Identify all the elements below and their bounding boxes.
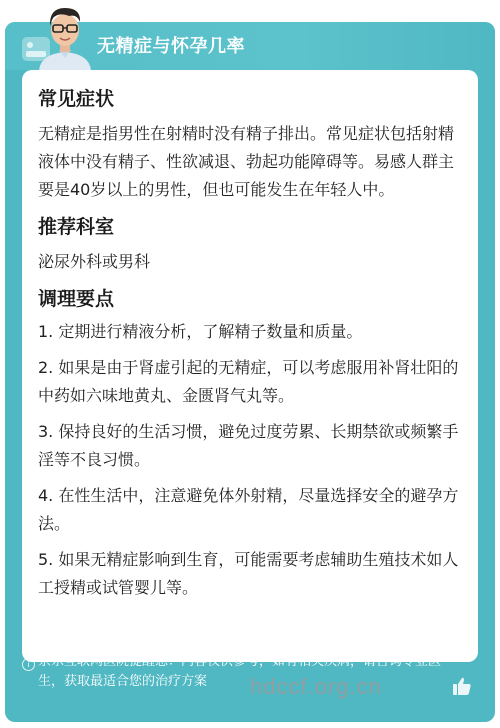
info-icon: i [22, 658, 35, 671]
care-tip-item: 1. 定期进行精液分析，了解精子数量和质量。 [38, 318, 462, 346]
section-heading-department: 推荐科室 [38, 212, 462, 242]
care-tip-item: 3. 保持良好的生活习惯，避免过度劳累、长期禁欲或频繁手淫等不良习惯。 [38, 418, 462, 474]
content-panel: 常见症状 无精症是指男性在射精时没有精子排出。常见症状包括射精液体中没有精子、性… [22, 70, 478, 662]
section-heading-symptoms: 常见症状 [38, 84, 462, 114]
thumbs-up-icon[interactable] [452, 676, 472, 696]
care-tip-item: 2. 如果是由于肾虚引起的无精症，可以考虑服用补肾壮阳的中药如六味地黄丸、金匮肾… [38, 354, 462, 410]
care-tip-item: 5. 如果无精症影响到生育，可能需要考虑辅助生殖技术如人工授精或试管婴儿等。 [38, 546, 462, 602]
doctor-avatar [33, 0, 97, 70]
card-title: 无精症与怀孕几率 [97, 32, 245, 58]
section-heading-care-tips: 调理要点 [38, 284, 462, 314]
department-text: 泌尿外科或男科 [38, 248, 462, 276]
watermark: hdccf.org.cn [250, 674, 382, 700]
symptoms-text: 无精症是指男性在射精时没有精子排出。常见症状包括射精液体中没有精子、性欲减退、勃… [38, 120, 462, 204]
disclaimer-text: 京东互联网医院提醒您：内容仅供参考，如有相关疾病，请咨询专业医生，获取最适合您的… [38, 652, 453, 692]
care-tip-item: 4. 在性生活中，注意避免体外射精，尽量选择安全的避孕方法。 [38, 482, 462, 538]
